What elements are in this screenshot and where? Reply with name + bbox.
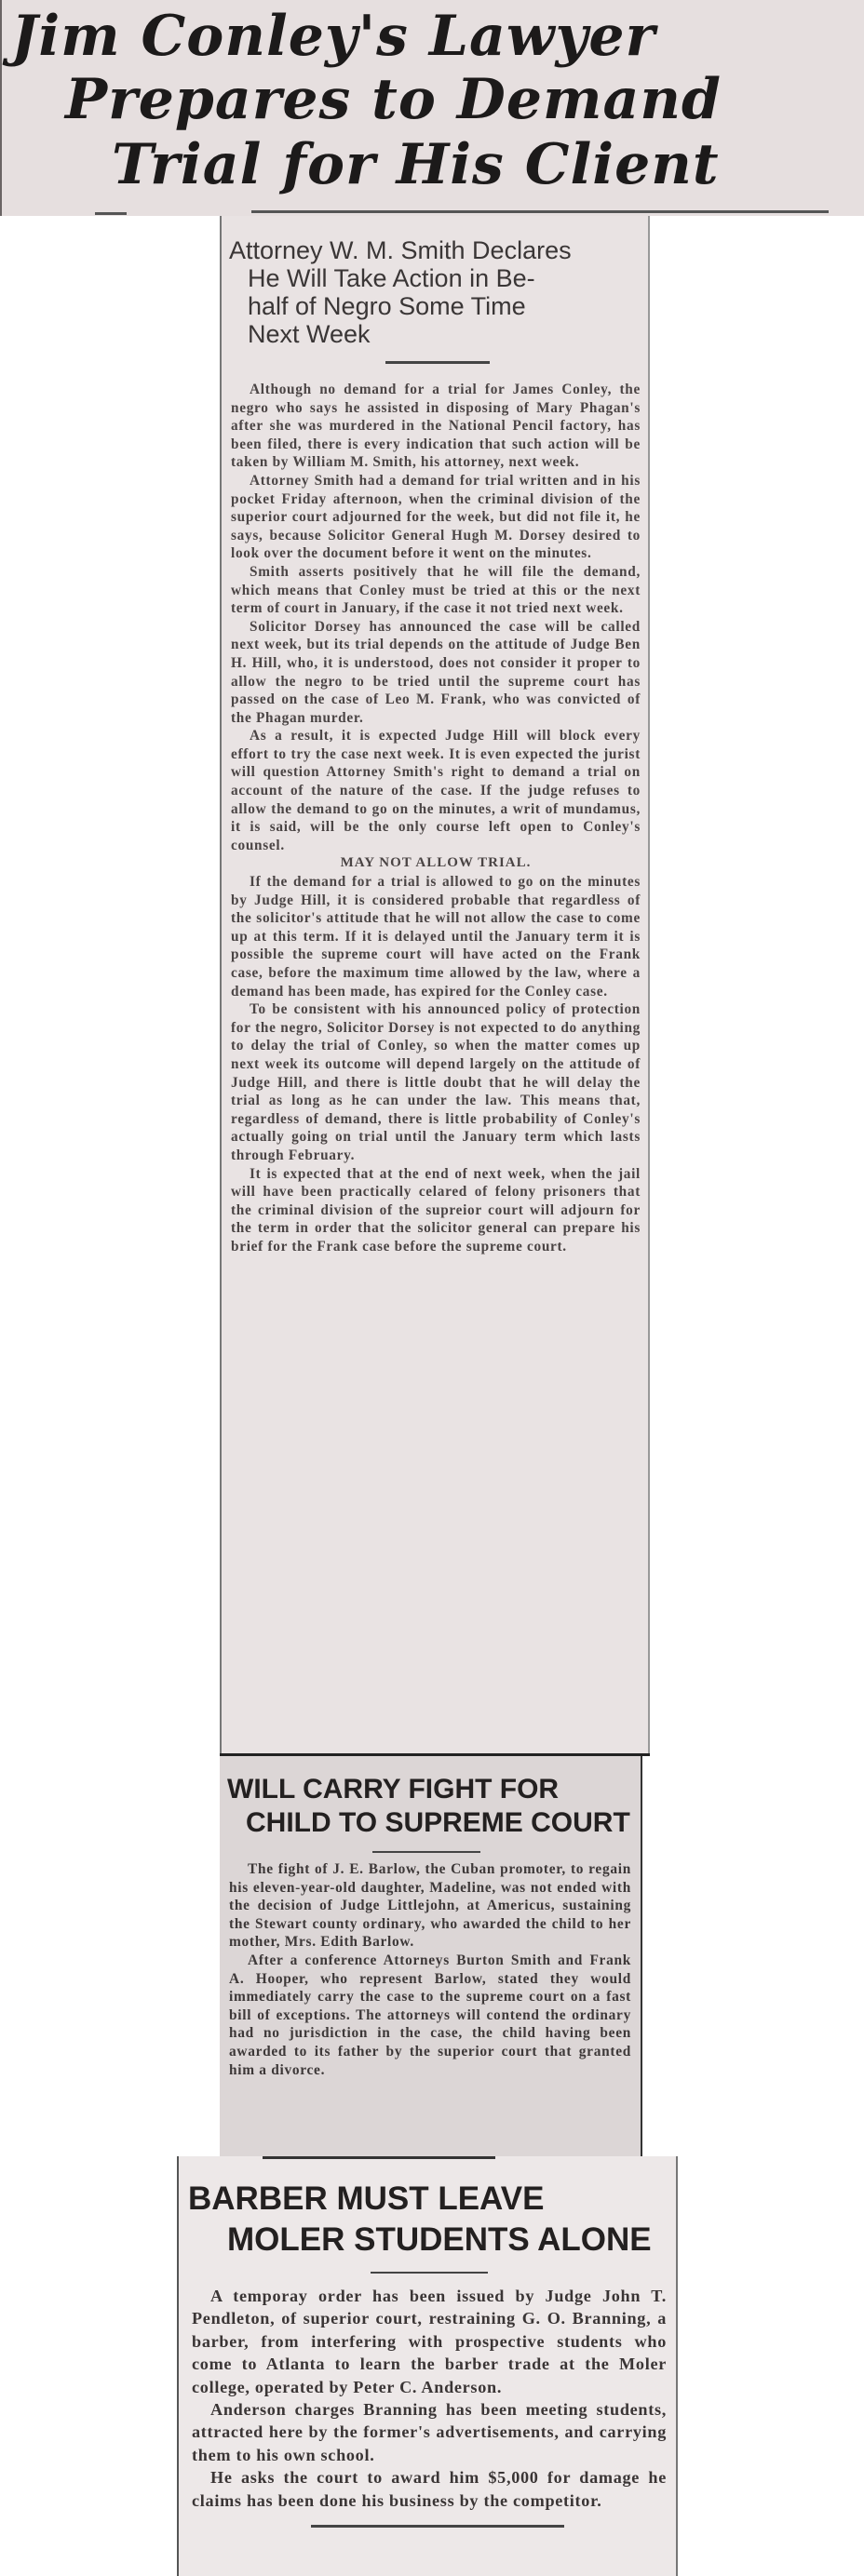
headline-line-3: Trial for His Client — [112, 132, 720, 197]
paragraph: As a result, it is expected Judge Hill w… — [231, 727, 641, 854]
headline-rule-left — [95, 212, 127, 215]
article-body: A temporay order has been issued by Judg… — [179, 2285, 676, 2512]
article-moler-barber: BARBER MUST LEAVE MOLER STUDENTS ALONE A… — [177, 2156, 678, 2576]
headline-line-2: Prepares to Demand — [65, 67, 722, 132]
paragraph: To be consistent with his announced poli… — [231, 1000, 641, 1164]
headline-divider — [371, 2272, 488, 2274]
deck-line: half of Negro Some Time — [229, 292, 648, 320]
headline-rule — [251, 210, 829, 213]
subheading: MAY NOT ALLOW TRIAL. — [231, 854, 641, 873]
article-barlow-custody: WILL CARRY FIGHT FOR CHILD TO SUPREME CO… — [220, 1756, 642, 2156]
deck-line: Next Week — [229, 320, 648, 348]
paragraph: If the demand for a trial is allowed to … — [231, 873, 641, 1000]
article-headline: WILL CARRY FIGHT FOR CHILD TO SUPREME CO… — [220, 1756, 641, 1840]
deck-divider — [385, 361, 490, 364]
headline-line: CHILD TO SUPREME COURT — [227, 1806, 641, 1840]
paragraph: He asks the court to award him $5,000 fo… — [192, 2466, 667, 2512]
article-body: Although no demand for a trial for James… — [222, 377, 648, 1256]
headline-divider — [372, 1851, 480, 1853]
paragraph: Attorney Smith had a demand for trial wr… — [231, 472, 641, 563]
headline-line-1: Jim Conley's Lawyer — [11, 4, 655, 69]
headline-line: MOLER STUDENTS ALONE — [188, 2220, 676, 2261]
headline-line: BARBER MUST LEAVE — [188, 2179, 676, 2220]
article-headline: BARBER MUST LEAVE MOLER STUDENTS ALONE — [179, 2156, 676, 2261]
deck-line: Attorney W. M. Smith Declares — [229, 236, 648, 264]
paragraph: Solicitor Dorsey has announced the case … — [231, 618, 641, 728]
article-bottom-rule — [311, 2525, 564, 2528]
paragraph: Although no demand for a trial for James… — [231, 381, 641, 472]
headline-line: WILL CARRY FIGHT FOR — [227, 1773, 641, 1806]
deck-line: He Will Take Action in Be- — [229, 264, 648, 292]
paragraph: After a conference Attorneys Burton Smit… — [229, 1952, 631, 2079]
article-top-rule — [263, 2156, 495, 2159]
article-deck: Attorney W. M. Smith Declares He Will Ta… — [222, 216, 648, 348]
article-body: The fight of J. E. Barlow, the Cuban pro… — [220, 1860, 641, 2079]
paragraph: A temporay order has been issued by Judg… — [192, 2285, 667, 2398]
paragraph: Anderson charges Branning has been meeti… — [192, 2398, 667, 2466]
paragraph: Smith asserts positively that he will fi… — [231, 563, 641, 618]
paragraph: It is expected that at the end of next w… — [231, 1165, 641, 1256]
paragraph: The fight of J. E. Barlow, the Cuban pro… — [229, 1860, 631, 1952]
article-conley-trial: Attorney W. M. Smith Declares He Will Ta… — [220, 216, 650, 1756]
main-headline-banner: Jim Conley's Lawyer Prepares to Demand T… — [0, 0, 864, 216]
